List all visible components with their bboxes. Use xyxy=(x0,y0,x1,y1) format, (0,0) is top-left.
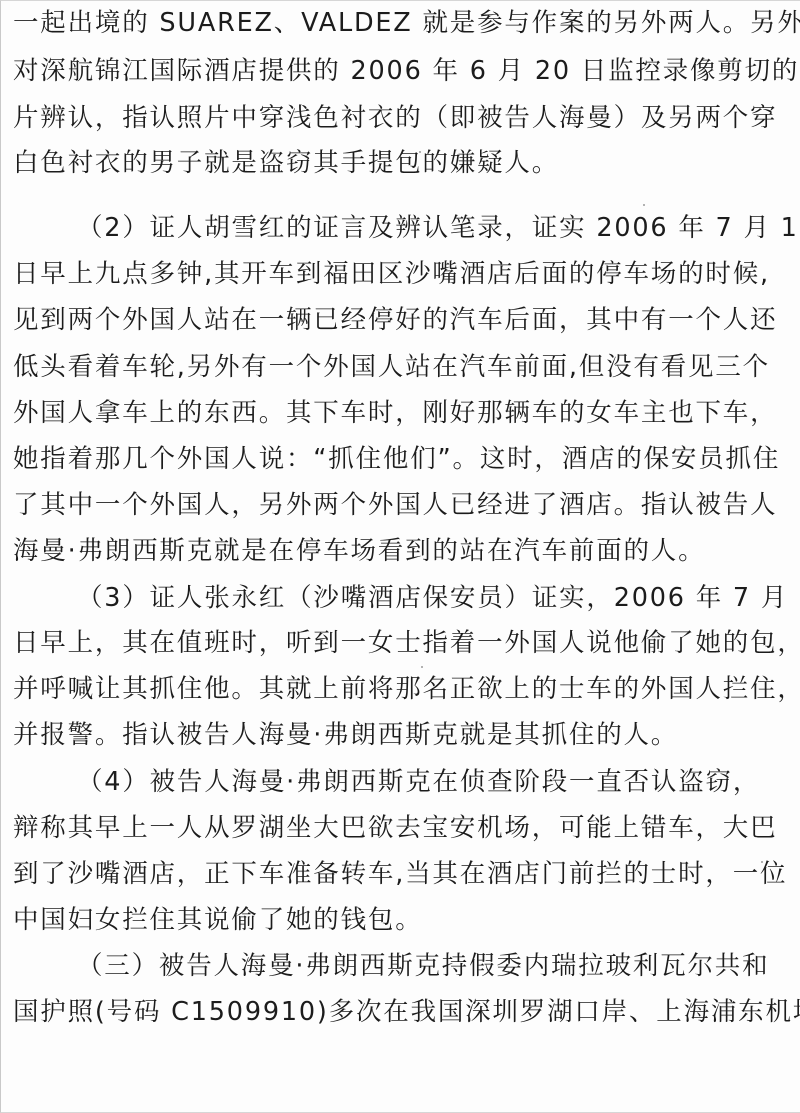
scan-speck xyxy=(273,109,275,111)
text-line: 对深航锦江国际酒店提供的 2006 年 6 月 20 日监控录像剪切的照 xyxy=(13,51,797,91)
scan-speck xyxy=(85,13,87,15)
text-line: 辩称其早上一人从罗湖坐大巴欲去宝安机场，可能上错车，大巴 xyxy=(13,808,797,848)
text-line: 了其中一个外国人，另外两个外国人已经进了酒店。指认被告人 xyxy=(13,485,797,525)
scan-speck xyxy=(761,861,763,863)
text-line: 并报警。指认被告人海曼·弗朗西斯克就是其抓住的人。 xyxy=(13,715,797,755)
text-line: 白色衬衣的男子就是盗窃其手提包的嫌疑人。 xyxy=(13,143,797,183)
text-line: 日早上九点多钟,其开车到福田区沙嘴酒店后面的停车场的时候, xyxy=(13,254,797,294)
text-line: 日早上，其在值班时，听到一女士指着一外国人说他偷了她的包， xyxy=(13,623,797,663)
text-line: 外国人拿车上的东西。其下车时，刚好那辆车的女车主也下车， xyxy=(13,393,797,433)
text-line: 片辨认，指认照片中穿浅色衬衣的（即被告人海曼）及另两个穿 xyxy=(13,98,797,138)
text-line: 国护照(号码 C1509910)多次在我国深圳罗湖口岸、上海浦东机场、 xyxy=(13,992,797,1032)
paragraph-start-line: （3）证人张永红（沙嘴酒店保安员）证实，2006 年 7 月 15 xyxy=(77,578,797,618)
scanned-document-page: 一起出境的 SUAREZ、VALDEZ 就是参与作案的另外两人。另外，经 对深航… xyxy=(0,0,800,1113)
text-line: 她指着那几个外国人说：“抓住他们”。这时，酒店的保安员抓住 xyxy=(13,439,797,479)
scan-speck xyxy=(163,61,165,63)
text-line: 海曼·弗朗西斯克就是在停车场看到的站在汽车前面的人。 xyxy=(13,531,797,571)
text-line: 到了沙嘴酒店，正下车准备转车,当其在酒店门前拦的士时，一位 xyxy=(13,854,797,894)
text-line: 中国妇女拦住其说偷了她的钱包。 xyxy=(13,900,797,940)
text-line: 并呼喊让其抓住他。其就上前将那名正欲上的士车的外国人拦住， xyxy=(13,669,797,709)
scan-speck xyxy=(421,666,423,668)
scan-speck xyxy=(419,151,421,153)
paragraph-start-line: （4）被告人海曼·弗朗西斯克在侦查阶段一直否认盗窃， xyxy=(77,762,797,802)
text-line: 一起出境的 SUAREZ、VALDEZ 就是参与作案的另外两人。另外，经 xyxy=(13,3,797,43)
paragraph-start-line: （2）证人胡雪红的证言及辨认笔录，证实 2006 年 7 月 15 xyxy=(77,208,797,248)
text-line: 低头看着车轮,另外有一个外国人站在汽车前面,但没有看见三个 xyxy=(13,347,797,387)
text-line: 见到两个外国人站在一辆已经停好的汽车后面，其中有一个人还 xyxy=(13,300,797,340)
scan-speck xyxy=(643,204,645,206)
paragraph-start-line: （三）被告人海曼·弗朗西斯克持假委内瑞拉玻利瓦尔共和 xyxy=(77,946,797,986)
